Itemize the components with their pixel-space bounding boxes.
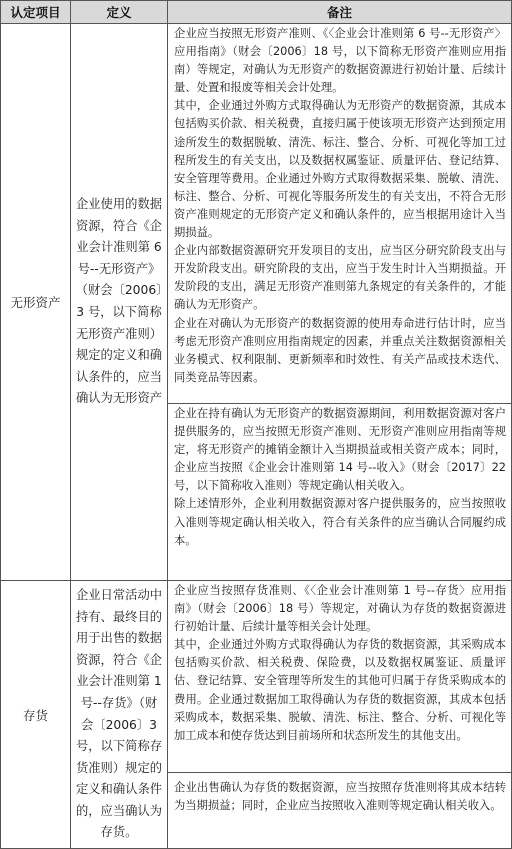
row-notes-inventory-1: 企业应当按照存货准则、《〈企业会计准则第 1 号--存货〉应用指南》（财会〔20… bbox=[168, 581, 511, 773]
row-definition-intangible-assets: 企业使用的数据资源，符合《企业会计准则第 6 号--无形资产》（财会〔2006〕… bbox=[71, 24, 168, 581]
header-item: 认定项目 bbox=[1, 1, 71, 24]
note-paragraph: 除上述情形外，企业利用数据资源对客户提供服务的，应当按照收入准则等规定确认相关收… bbox=[174, 495, 506, 549]
note-paragraph: 企业在持有确认为无形资产的数据资源期间，利用数据资源对客户提供服务的，应当按照无… bbox=[174, 405, 506, 495]
note-paragraph: 企业出售确认为存货的数据资源，应当按照存货准则将其成本结转为当期损益；同时，企业… bbox=[174, 779, 506, 815]
row-item-intangible-assets: 无形资产 bbox=[1, 24, 71, 581]
note-paragraph: 企业应当按照存货准则、《〈企业会计准则第 1 号--存货〉应用指南》（财会〔20… bbox=[174, 582, 506, 636]
header-definition: 定义 bbox=[71, 1, 168, 24]
row-definition-inventory: 企业日常活动中持有、最终目的用于出售的数据资源，符合《企业会计准则第 1 号--… bbox=[71, 581, 168, 848]
row-notes-intangible-assets-2: 企业在持有确认为无形资产的数据资源期间，利用数据资源对客户提供服务的，应当按照无… bbox=[168, 404, 511, 581]
header-notes: 备注 bbox=[168, 1, 511, 24]
note-paragraph: 企业应当按照无形资产准则、《〈企业会计准则第 6 号--无形资产〉应用指南》（财… bbox=[174, 25, 506, 97]
row-notes-inventory-2: 企业出售确认为存货的数据资源，应当按照存货准则将其成本结转为当期损益；同时，企业… bbox=[168, 773, 511, 848]
note-paragraph: 企业内部数据资源研究开发项目的支出，应当区分研究阶段支出与开发阶段支出。研究阶段… bbox=[174, 242, 506, 314]
note-paragraph: 其中，企业通过外购方式取得确认为存货的数据资源，其采购成本包括购买价款、相关税费… bbox=[174, 636, 506, 745]
note-paragraph: 其中，企业通过外购方式取得确认为无形资产的数据资源，其成本包括购买价款、相关税费… bbox=[174, 97, 506, 242]
row-notes-intangible-assets-1: 企业应当按照无形资产准则、《〈企业会计准则第 6 号--无形资产〉应用指南》（财… bbox=[168, 24, 511, 404]
accounting-table: 认定项目 定义 备注 无形资产 企业使用的数据资源，符合《企业会计准则第 6 号… bbox=[0, 0, 512, 849]
row-item-inventory: 存货 bbox=[1, 581, 71, 848]
note-paragraph: 企业在对确认为无形资产的数据资源的使用寿命进行估计时，应当考虑无形资产准则应用指… bbox=[174, 315, 506, 387]
